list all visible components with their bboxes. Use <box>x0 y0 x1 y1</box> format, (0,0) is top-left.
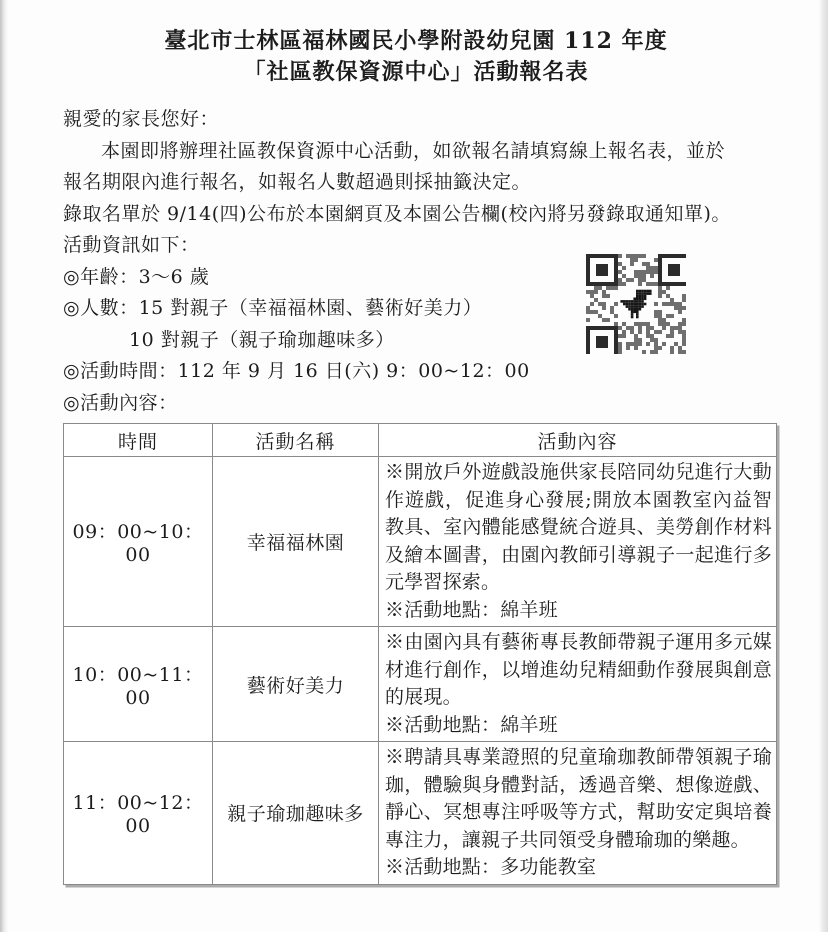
activity-desc: ※由園內具有藝術專長教師帶親子運用多元媒材進行創作，以增進幼兒精細動作發展與創意… <box>385 629 772 712</box>
activity-content-cell: ※由園內具有藝術專長教師帶親子運用多元媒材進行創作，以增進幼兒精細動作發展與創意… <box>379 627 777 742</box>
activity-location: ※活動地點：多功能教室 <box>385 854 772 882</box>
table-row: 09：00~10：00 幸福福林園 ※開放戶外遊戲設施供家長陪同幼兒進行大動作遊… <box>64 457 777 627</box>
admission-notice: 錄取名單於 9/14(四)公布於本園網頁及本園公告欄(校內將另發錄取通知單)。 <box>63 199 769 231</box>
scan-edge-right <box>819 0 828 932</box>
time-cell: 11：00~12：00 <box>64 742 213 885</box>
qr-code-icon <box>586 254 686 354</box>
header-time: 時間 <box>64 424 213 457</box>
time-cell: 10：00~11：00 <box>64 627 213 742</box>
intro-paragraph-line2: 報名期限內進行報名，如報名人數超過則採抽籤決定。 <box>63 167 769 199</box>
info-content-heading: ◎活動內容： <box>63 388 769 420</box>
activity-name-cell: 幸福福林園 <box>213 457 379 627</box>
schedule-table: 時間 活動名稱 活動內容 09：00~10：00 幸福福林園 ※開放戶外遊戲設施… <box>63 423 777 885</box>
intro-paragraph-line1: 本園即將辦理社區教保資源中心活動，如欲報名請填寫線上報名表，並於 <box>63 136 769 168</box>
header-activity-name: 活動名稱 <box>213 424 379 457</box>
activity-location: ※活動地點：綿羊班 <box>385 597 772 625</box>
greeting-text: 親愛的家長您好： <box>63 104 769 136</box>
activity-location: ※活動地點：綿羊班 <box>385 712 772 740</box>
intro-section: 親愛的家長您好： 本園即將辦理社區教保資源中心活動，如欲報名請填寫線上報名表，並… <box>63 104 769 262</box>
time-cell: 09：00~10：00 <box>64 457 213 627</box>
table-header-row: 時間 活動名稱 活動內容 <box>64 424 777 457</box>
page-title: 臺北市士林區福林國民小學附設幼兒園 112 年度 「社區教保資源中心」活動報名表 <box>63 26 769 88</box>
activity-desc: ※聘請具專業證照的兒童瑜珈教師帶領親子瑜珈，體驗與身體對話，透過音樂、想像遊戲、… <box>385 744 772 854</box>
table-row: 10：00~11：00 藝術好美力 ※由園內具有藝術專長教師帶親子運用多元媒材進… <box>64 627 777 742</box>
header-activity-content: 活動內容 <box>379 424 777 457</box>
scan-edge-left <box>0 0 8 932</box>
activity-content-cell: ※聘請具專業證照的兒童瑜珈教師帶領親子瑜珈，體驗與身體對話，透過音樂、想像遊戲、… <box>379 742 777 885</box>
activity-desc: ※開放戶外遊戲設施供家長陪同幼兒進行大動作遊戲，促進身心發展;開放本園教室內益智… <box>385 459 772 597</box>
table-row: 11：00~12：00 親子瑜珈趣味多 ※聘請具專業證照的兒童瑜珈教師帶領親子瑜… <box>64 742 777 885</box>
activity-name-cell: 親子瑜珈趣味多 <box>213 742 379 885</box>
document-page: 臺北市士林區福林國民小學附設幼兒園 112 年度 「社區教保資源中心」活動報名表… <box>63 26 769 885</box>
activity-content-cell: ※開放戶外遊戲設施供家長陪同幼兒進行大動作遊戲，促進身心發展;開放本園教室內益智… <box>379 457 777 627</box>
page-title-line2: 「社區教保資源中心」活動報名表 <box>63 57 769 88</box>
activity-name-cell: 藝術好美力 <box>213 627 379 742</box>
page-title-line1: 臺北市士林區福林國民小學附設幼兒園 112 年度 <box>63 26 769 57</box>
info-time: ◎活動時間：112 年 9 月 16 日(六) 9：00~12：00 <box>63 356 769 388</box>
